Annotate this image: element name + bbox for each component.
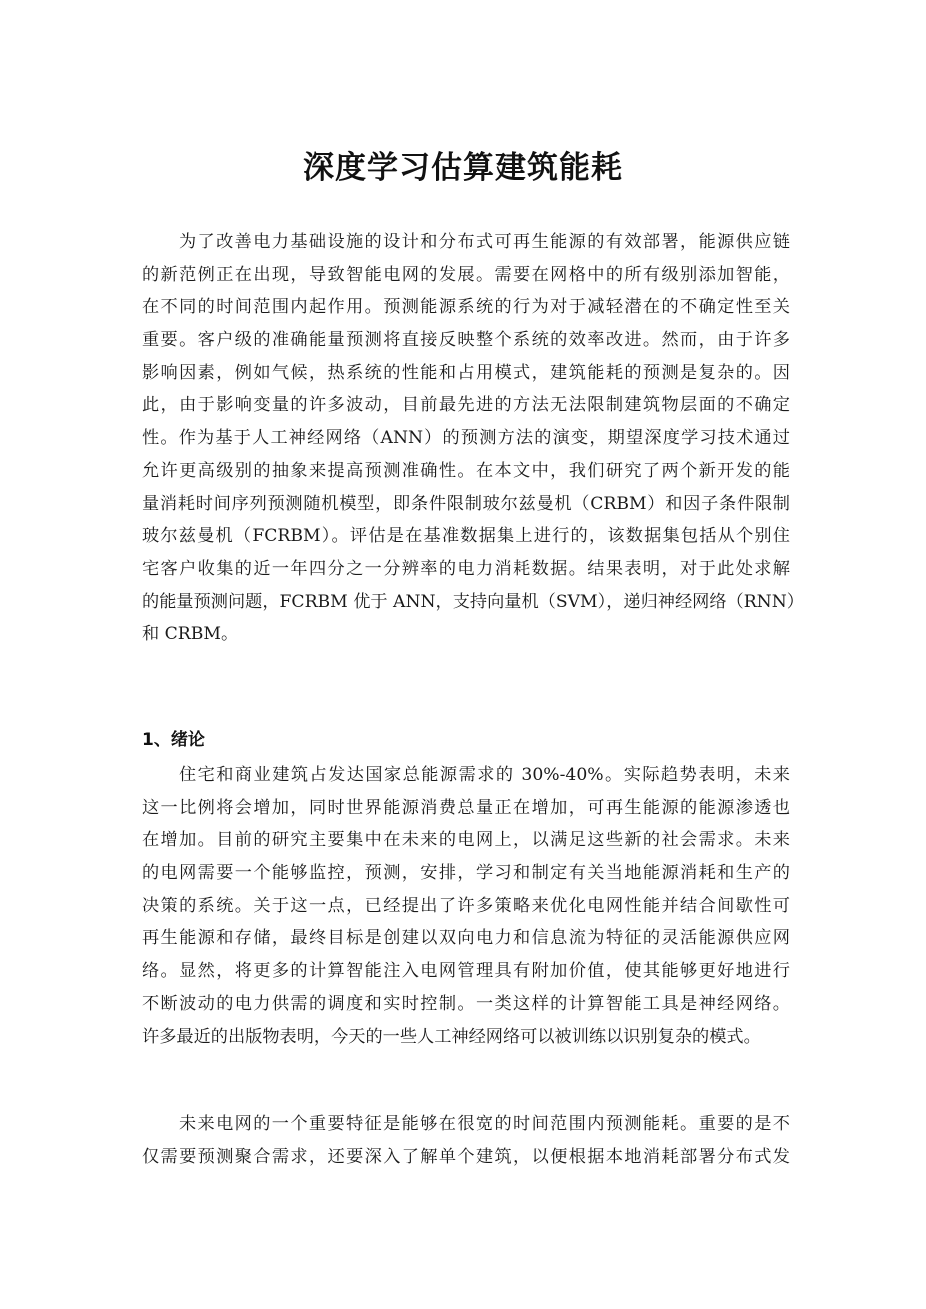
intro-paragraph-2: 未来电网的一个重要特征是能够在很宽的时间范围内预测能耗。重要的是不 仅需要预测聚…	[142, 1108, 790, 1173]
text-line: 玻尔兹曼机（FCRBM）。评估是在基准数据集上进行的，该数据集包括从个别住	[142, 520, 790, 553]
text-line: 的能量预测问题，FCRBM 优于 ANN，支持向量机（SVM），递归神经网络（R…	[142, 586, 790, 619]
abstract-paragraph: 为了改善电力基础设施的设计和分布式可再生能源的有效部署，能源供应链 的新范例正在…	[142, 226, 790, 651]
text-line: 不断波动的电力供需的调度和实时控制。一类这样的计算智能工具是神经网络。	[142, 988, 790, 1021]
text-line: 决策的系统。关于这一点，已经提出了许多策略来优化电网性能并结合间歇性可	[142, 890, 790, 923]
text-line: 这一比例将会增加，同时世界能源消费总量正在增加，可再生能源的能源渗透也	[142, 792, 790, 825]
text-line: 影响因素，例如气候，热系统的性能和占用模式，建筑能耗的预测是复杂的。因	[142, 357, 790, 390]
text-line: 在增加。目前的研究主要集中在未来的电网上，以满足这些新的社会需求。未来	[142, 824, 790, 857]
text-line: 许多最近的出版物表明，今天的一些人工神经网络可以被训练以识别复杂的模式。	[142, 1021, 790, 1054]
document-page: 深度学习估算建筑能耗 为了改善电力基础设施的设计和分布式可再生能源的有效部署，能…	[0, 0, 926, 1309]
text-line: 允许更高级别的抽象来提高预测准确性。在本文中，我们研究了两个新开发的能	[142, 455, 790, 488]
text-line: 的新范例正在出现，导致智能电网的发展。需要在网格中的所有级别添加智能，	[142, 259, 790, 292]
text-line: 住宅和商业建筑占发达国家总能源需求的 30%-40%。实际趋势表明，未来	[142, 759, 790, 792]
text-line: 在不同的时间范围内起作用。预测能源系统的行为对于减轻潜在的不确定性至关	[142, 291, 790, 324]
text-line: 络。显然，将更多的计算智能注入电网管理具有附加价值，使其能够更好地进行	[142, 955, 790, 988]
text-line: 宅客户收集的近一年四分之一分辨率的电力消耗数据。结果表明，对于此处求解	[142, 553, 790, 586]
text-line: 未来电网的一个重要特征是能够在很宽的时间范围内预测能耗。重要的是不	[142, 1108, 790, 1141]
text-line: 的电网需要一个能够监控，预测，安排，学习和制定有关当地能源消耗和生产的	[142, 857, 790, 890]
text-line: 量消耗时间序列预测随机模型，即条件限制玻尔兹曼机（CRBM）和因子条件限制	[142, 488, 790, 521]
intro-paragraph-1: 住宅和商业建筑占发达国家总能源需求的 30%-40%。实际趋势表明，未来 这一比…	[142, 759, 790, 1053]
text-line: 和 CRBM。	[142, 618, 790, 651]
document-title: 深度学习估算建筑能耗	[0, 146, 926, 190]
text-line: 再生能源和存储，最终目标是创建以双向电力和信息流为特征的灵活能源供应网	[142, 922, 790, 955]
text-line: 为了改善电力基础设施的设计和分布式可再生能源的有效部署，能源供应链	[142, 226, 790, 259]
section-heading: 1、绪论	[142, 726, 205, 754]
text-line: 此，由于影响变量的许多波动，目前最先进的方法无法限制建筑物层面的不确定	[142, 389, 790, 422]
text-line: 仅需要预测聚合需求，还要深入了解单个建筑，以便根据本地消耗部署分布式发	[142, 1141, 790, 1174]
text-line: 性。作为基于人工神经网络（ANN）的预测方法的演变，期望深度学习技术通过	[142, 422, 790, 455]
text-line: 重要。客户级的准确能量预测将直接反映整个系统的效率改进。然而，由于许多	[142, 324, 790, 357]
